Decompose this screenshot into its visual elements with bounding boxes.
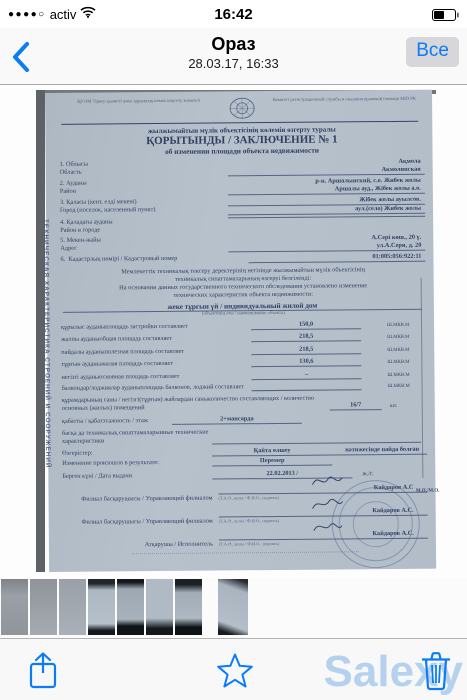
doc-header-left: ҚР ӘМ Тіркеу қызметі және құқықтық көмек… [59,97,219,104]
see-all-button[interactable]: Все [406,37,459,67]
doc-field-row: 1. ОблысыОбласть АқмолаАкмолинская [60,158,425,178]
state-emblem-icon [225,97,259,119]
back-button[interactable] [10,40,36,74]
doc-field-row: 2. АуданыРайон р-н. Аршалынский, с.о. Жи… [60,177,425,197]
rooms-count-row: құрамдарының саны / негізгі(тұрғын) жайл… [62,394,427,413]
area-row: пайдалы ауданыполезная площадь составляе… [61,344,426,356]
photo-thumbnail[interactable] [175,579,202,635]
message-timestamp: 28.03.17, 16:33 [80,56,387,72]
photo-thumbnail[interactable] [117,579,144,635]
issue-date-row: Берген күні / Дата выдачи 22.02.2013 / ж… [62,469,427,481]
area-row: құрылыс ауданыплощадь застройки составля… [61,319,426,331]
bottom-toolbar: Salexy [0,638,467,700]
photo-thumbnail[interactable] [146,579,173,635]
area-row: жалпы ауданыобщая площадь составляет 218… [61,332,426,344]
stamp-place-label: М.П./М.О. [416,488,440,496]
document-side-caption: ТЕХНИЧЕСКАЯ ХАРАКТЕРИСТИКА СТРОЕНИЙ И СО… [41,219,52,559]
changes-row: Өзгерістер: Қайта өлшеу нәтижесінде пайд… [62,446,427,468]
battery-icon [432,8,459,26]
doc-cadastre-row: 6. Кадастрлық нөмірі / Кадастровый номер… [60,253,425,265]
thumbnail-strip [0,578,467,638]
doc-header-right: Комитет регистрационной службы и оказани… [265,96,425,103]
document-page: ТЕХНИЧЕСКАЯ ХАРАКТЕРИСТИКА СТРОЕНИЙ И СО… [45,90,436,572]
signature-scribble [310,474,344,488]
doc-field-row: 3. Қаласы (кент, елді мекені)Город (посе… [60,196,425,217]
clock: 16:42 [0,6,467,23]
doc-basis-paragraph: Мемлекеттік техникалық тексеру деректері… [61,266,426,301]
photo-thumbnail[interactable] [1,579,28,635]
share-button[interactable] [26,651,60,696]
photo-thumbnail[interactable] [59,579,86,635]
photo-thumbnail[interactable] [30,579,57,635]
area-row: балкондар/лоджиялар ауданыплощадь балкон… [62,382,427,393]
area-row: негізгі ауданыосновная площадь составляе… [61,369,426,381]
delete-button[interactable] [419,651,453,696]
document-fineprint [132,551,358,557]
nav-bar: Ораз 28.03.17, 16:33 Все [0,28,467,85]
floors-row: қабатты / қабатэтажность / этаж 2+мансар… [62,414,427,426]
doc-field-row: 5. Мекен-жайыАдрес А.Сері көш., 20 ү.ул.… [60,234,425,254]
area-row: тұрғын ауданыжилая площадь составляет 13… [61,357,426,369]
doc-field-row: 4. Қаладағы ауданыРайон в городе [60,216,425,235]
attachment-photo[interactable]: ТЕХНИЧЕСКАЯ ХАРАКТЕРИСТИКА СТРОЕНИЙ И СО… [0,85,467,578]
favorite-star-button[interactable] [216,652,254,694]
other-characteristics-row: басқа да техникалық сипаттамаларыиные те… [62,427,427,446]
round-stamp [331,480,420,569]
photo-thumbnail[interactable] [218,579,248,635]
photo-thumbnail[interactable] [88,579,115,635]
conversation-title: Ораз [80,32,387,56]
status-bar: ●●●●○ activ 16:42 [0,0,467,28]
